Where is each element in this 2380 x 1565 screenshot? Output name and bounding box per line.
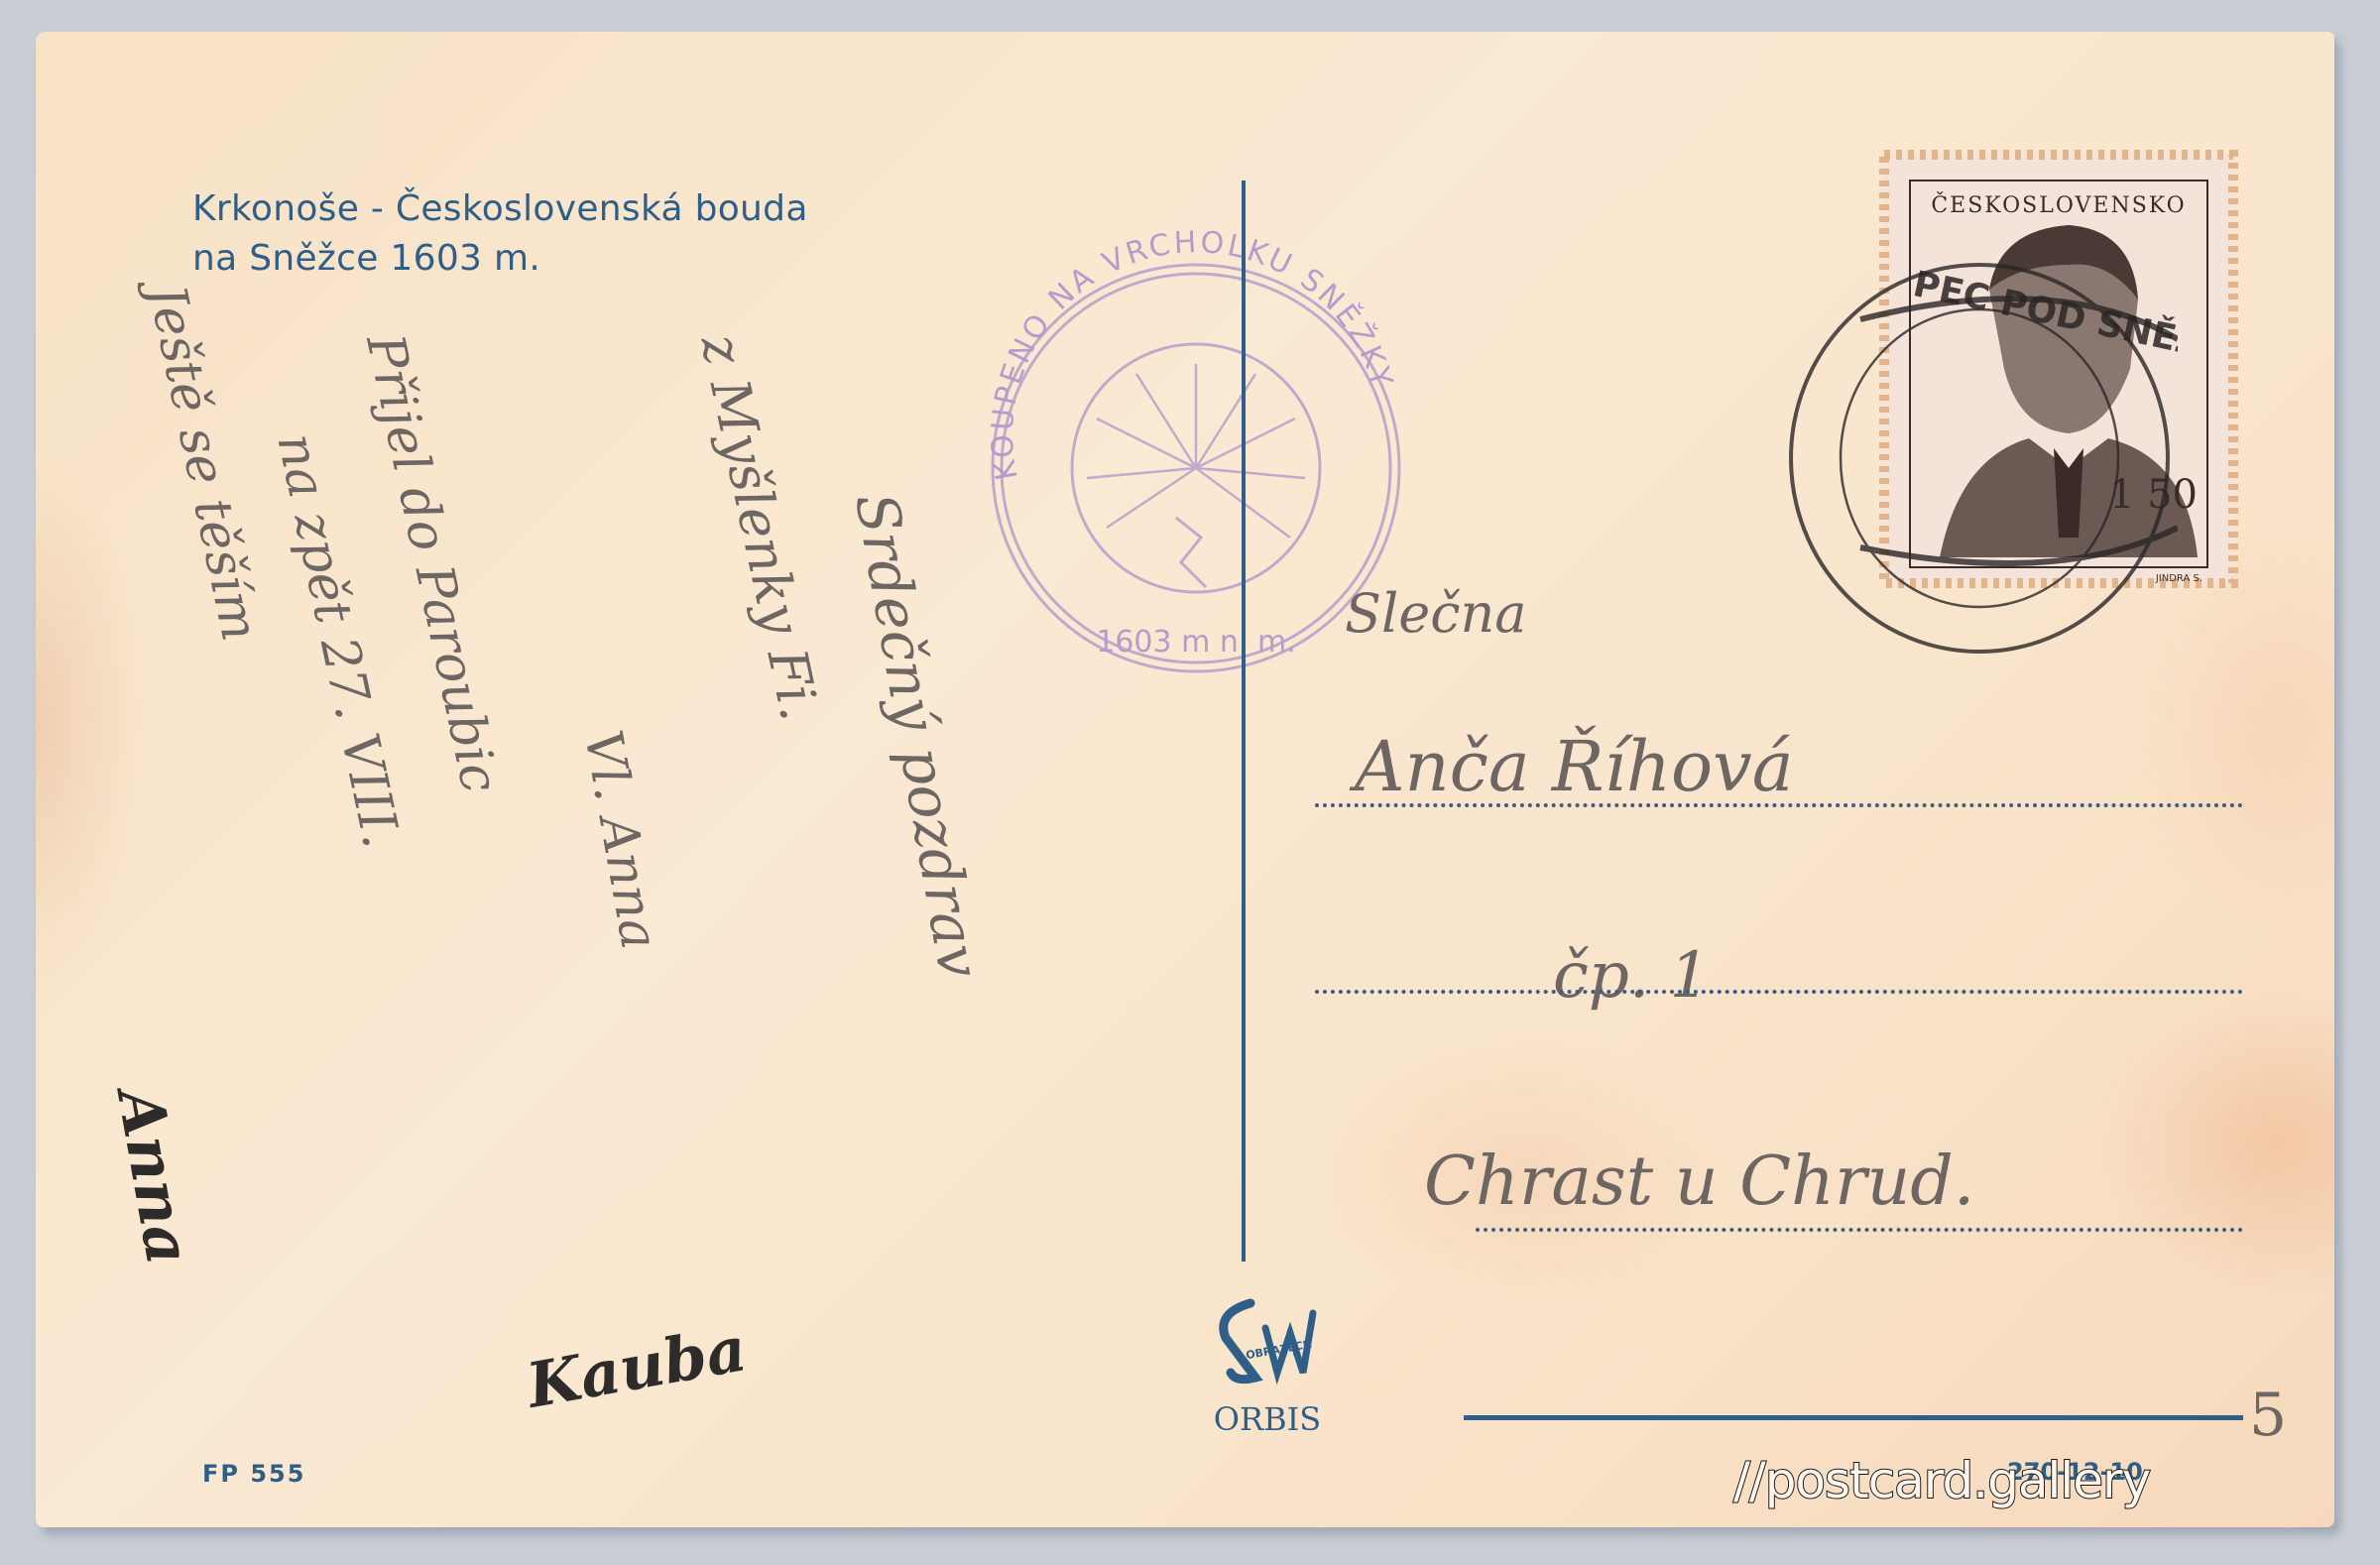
- title-line-1: Krkonoše - Československá bouda: [192, 184, 808, 234]
- address-name: Anča Říhová: [1355, 726, 1793, 807]
- watermark: //postcard.gallery: [1733, 1452, 2150, 1509]
- address-line-3: [1476, 1228, 2243, 1232]
- stamp-country: ČESKOSLOVENSKO: [1931, 191, 2186, 218]
- address-line-2: [1315, 990, 2243, 994]
- publisher-name: ORBIS: [1188, 1400, 1347, 1438]
- signature-1: Kauba: [522, 1312, 752, 1422]
- address-town: Chrast u Chrud.: [1424, 1143, 1974, 1221]
- postmark: PEC POD SNĚŽKOU: [1761, 230, 2178, 686]
- title-line-2: na Sněžce 1603 m.: [192, 234, 808, 284]
- cachet-text: KOUPENO NA VRCHOLKU SNĚŽKY: [986, 230, 1400, 483]
- postcard-back: Krkonoše - Československá bouda na Sněžc…: [36, 32, 2334, 1527]
- message-column-2b: Vl. Anna: [572, 726, 669, 954]
- cachet-altitude: 1603 m n. m.: [1096, 625, 1296, 660]
- margin-note: 5: [2249, 1381, 2287, 1450]
- signature-2: Anna: [103, 1083, 205, 1269]
- message-column-2: z Myšlenky Fi.: [688, 329, 831, 726]
- svet-logo-icon: V OBRAZECH: [1196, 1283, 1345, 1392]
- print-code-left: FP 555: [202, 1460, 305, 1488]
- svg-text:KOUPENO NA VRCHOLKU SNĚŽKY: KOUPENO NA VRCHOLKU SNĚŽKY: [986, 230, 1400, 483]
- address-line-4: [1464, 1415, 2243, 1420]
- address-line-1: [1315, 803, 2243, 807]
- message-address-divider: [1242, 181, 1246, 1262]
- printed-title: Krkonoše - Československá bouda na Sněžc…: [192, 184, 808, 284]
- address-house-number: čp. 1: [1553, 939, 1710, 1013]
- message-column-3c: Ještě se těším: [136, 280, 270, 646]
- address-salutation: Slečna: [1345, 582, 1526, 645]
- postmark-text: PEC POD SNĚŽKOU: [1910, 263, 2178, 383]
